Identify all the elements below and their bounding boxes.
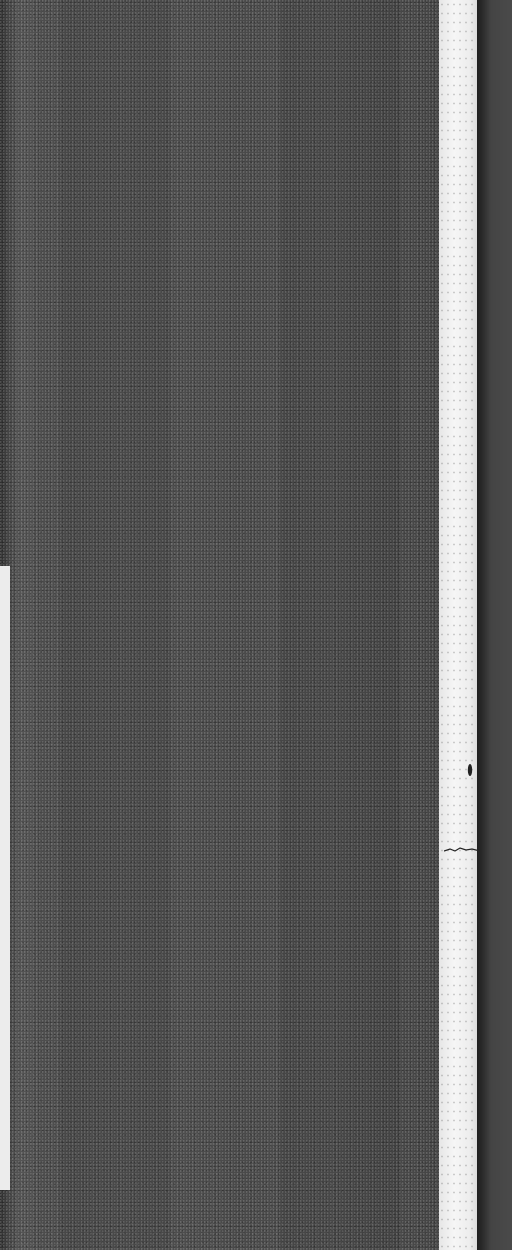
road-photo xyxy=(0,0,512,1250)
pavement-crack xyxy=(444,846,480,854)
pavement-spot xyxy=(466,762,474,778)
lane-marking-left xyxy=(0,566,10,1190)
wheel-track-right xyxy=(280,0,400,1250)
lane-marking-right xyxy=(439,0,477,1250)
road-shoulder xyxy=(477,0,512,1250)
wheel-track-left xyxy=(60,0,170,1250)
